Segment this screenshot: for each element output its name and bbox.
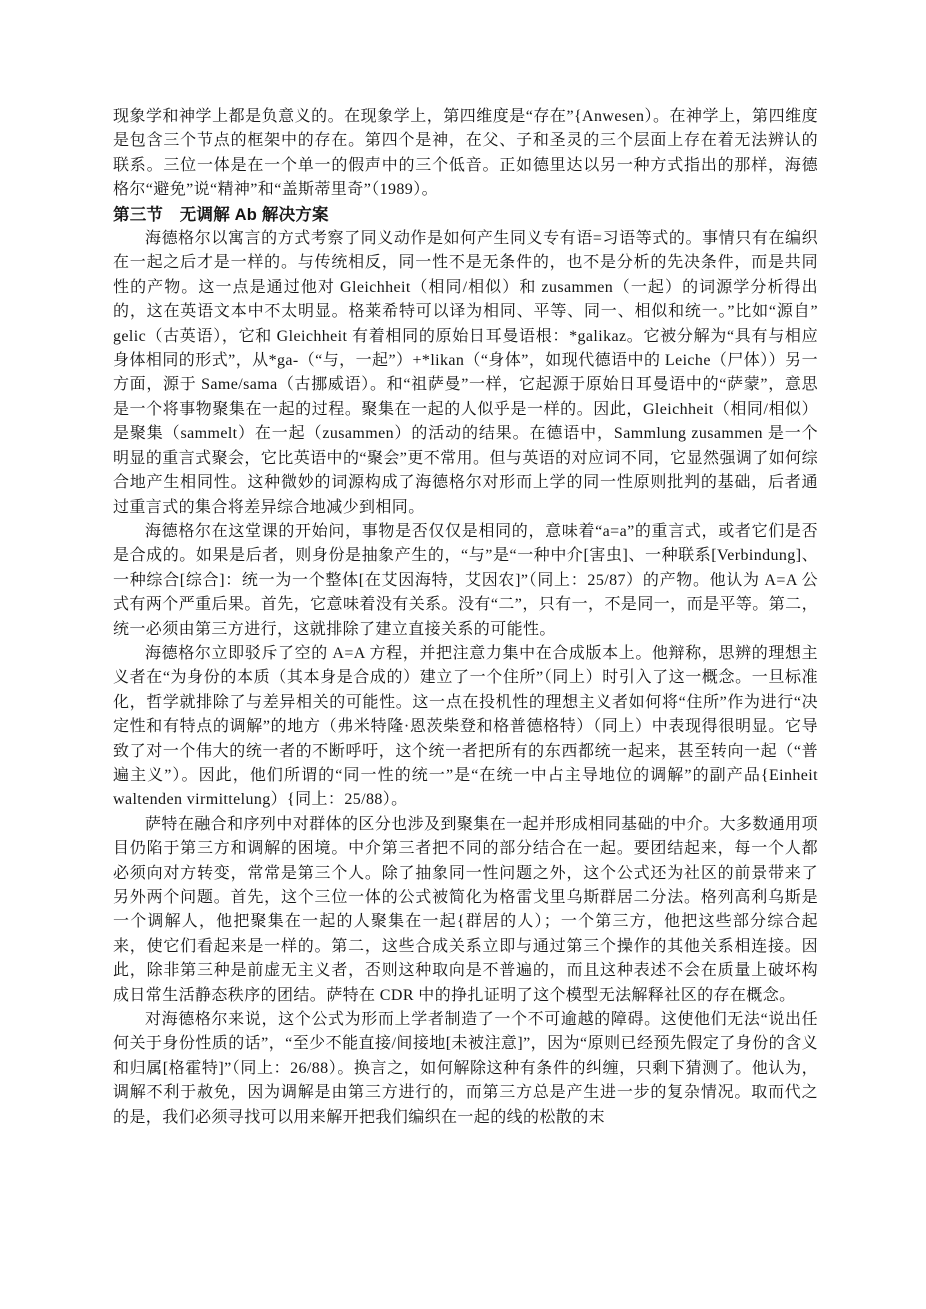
- paragraph-heidegger-etymology: 海德格尔以寓言的方式考察了同义动作是如何产生同义专有语=习语等式的。事情只有在编…: [113, 227, 818, 520]
- section-heading: 第三节 无调解 Ab 解决方案: [113, 203, 818, 227]
- paragraph-phenomenology-theology: 现象学和神学上都是负意义的。在现象学上，第四维度是“存在”{Anwesen）。在…: [113, 105, 818, 203]
- paragraph-sartre-groups: 萨特在融合和序列中对群体的区分也涉及到聚集在一起并形成相同基础的中介。大多数通用…: [113, 813, 818, 1008]
- paragraph-a-equals-a-refutation: 海德格尔立即驳斥了空的 A=A 方程，并把注意力集中在合成版本上。他辩称，思辨的…: [113, 642, 818, 813]
- document-page: 现象学和神学上都是负意义的。在现象学上，第四维度是“存在”{Anwesen）。在…: [113, 105, 818, 1130]
- paragraph-lecture-opening-question: 海德格尔在这堂课的开始问，事物是否仅仅是相同的，意味着“a=a”的重言式，或者它…: [113, 520, 818, 642]
- paragraph-metaphysical-obstacle: 对海德格尔来说，这个公式为形而上学者制造了一个不可逾越的障碍。这使他们无法“说出…: [113, 1008, 818, 1130]
